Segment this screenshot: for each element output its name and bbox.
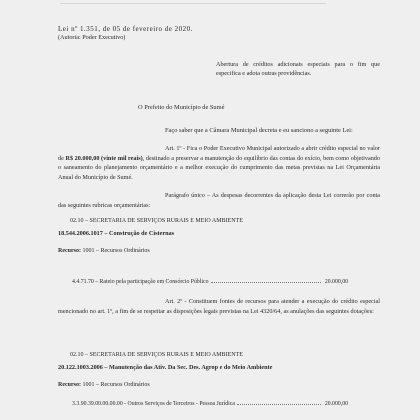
paragrafo-unico: Parágrafo único – As despesas decorrente…: [58, 191, 380, 210]
block1-item: 4.4.71.70 – Rateio pela participação em …: [72, 279, 348, 285]
law-authorship: (Autoria: Poder Executivo): [58, 34, 125, 41]
article-2: Art. 2º - Constituem fontes de recursos …: [58, 297, 380, 316]
block1-program: 18.544.2006.1017 – Construção de Cistern…: [58, 230, 174, 237]
mayor-line: O Prefeito do Município de Sumé: [138, 104, 224, 111]
block2-program: 20.122.1003.2006 – Manutenção das Ativ. …: [58, 364, 272, 371]
block2-secretaria: 02.10 – SECRETARIA DE SERVIÇOS RURAIS E …: [70, 352, 243, 358]
law-title: Lei nº 1.351, de 05 de fevereiro de 2020…: [58, 25, 193, 33]
block1-secretaria: 02.10 – SECRETARIA DE SERVIÇOS RURAIS E …: [70, 218, 243, 224]
header-rule: [60, 3, 326, 4]
leader-dots: [237, 401, 321, 405]
block1-item-value: 20.000,00: [325, 279, 348, 285]
block2-item-value: 20.000,00: [325, 401, 348, 407]
block2-resource: Recurso: 1001 – Recursos Ordinários: [58, 382, 150, 388]
credit-amount: R$ 20.000,00 (vinte mil reais): [65, 155, 142, 162]
block1-resource: Recurso: 1001 – Recursos Ordinários: [58, 248, 150, 254]
block2-item: 3.3.90.39.00.00.00.00 - Outros Serviços …: [72, 401, 348, 407]
enactment-line: Faço saber que a Câmara Municipal decret…: [165, 127, 353, 134]
article-1: Art. 1º - Fica o Poder Executivo Municip…: [58, 144, 380, 182]
ementa: Abertura de créditos adicionais especiai…: [216, 60, 380, 78]
leader-dots: [211, 279, 321, 283]
